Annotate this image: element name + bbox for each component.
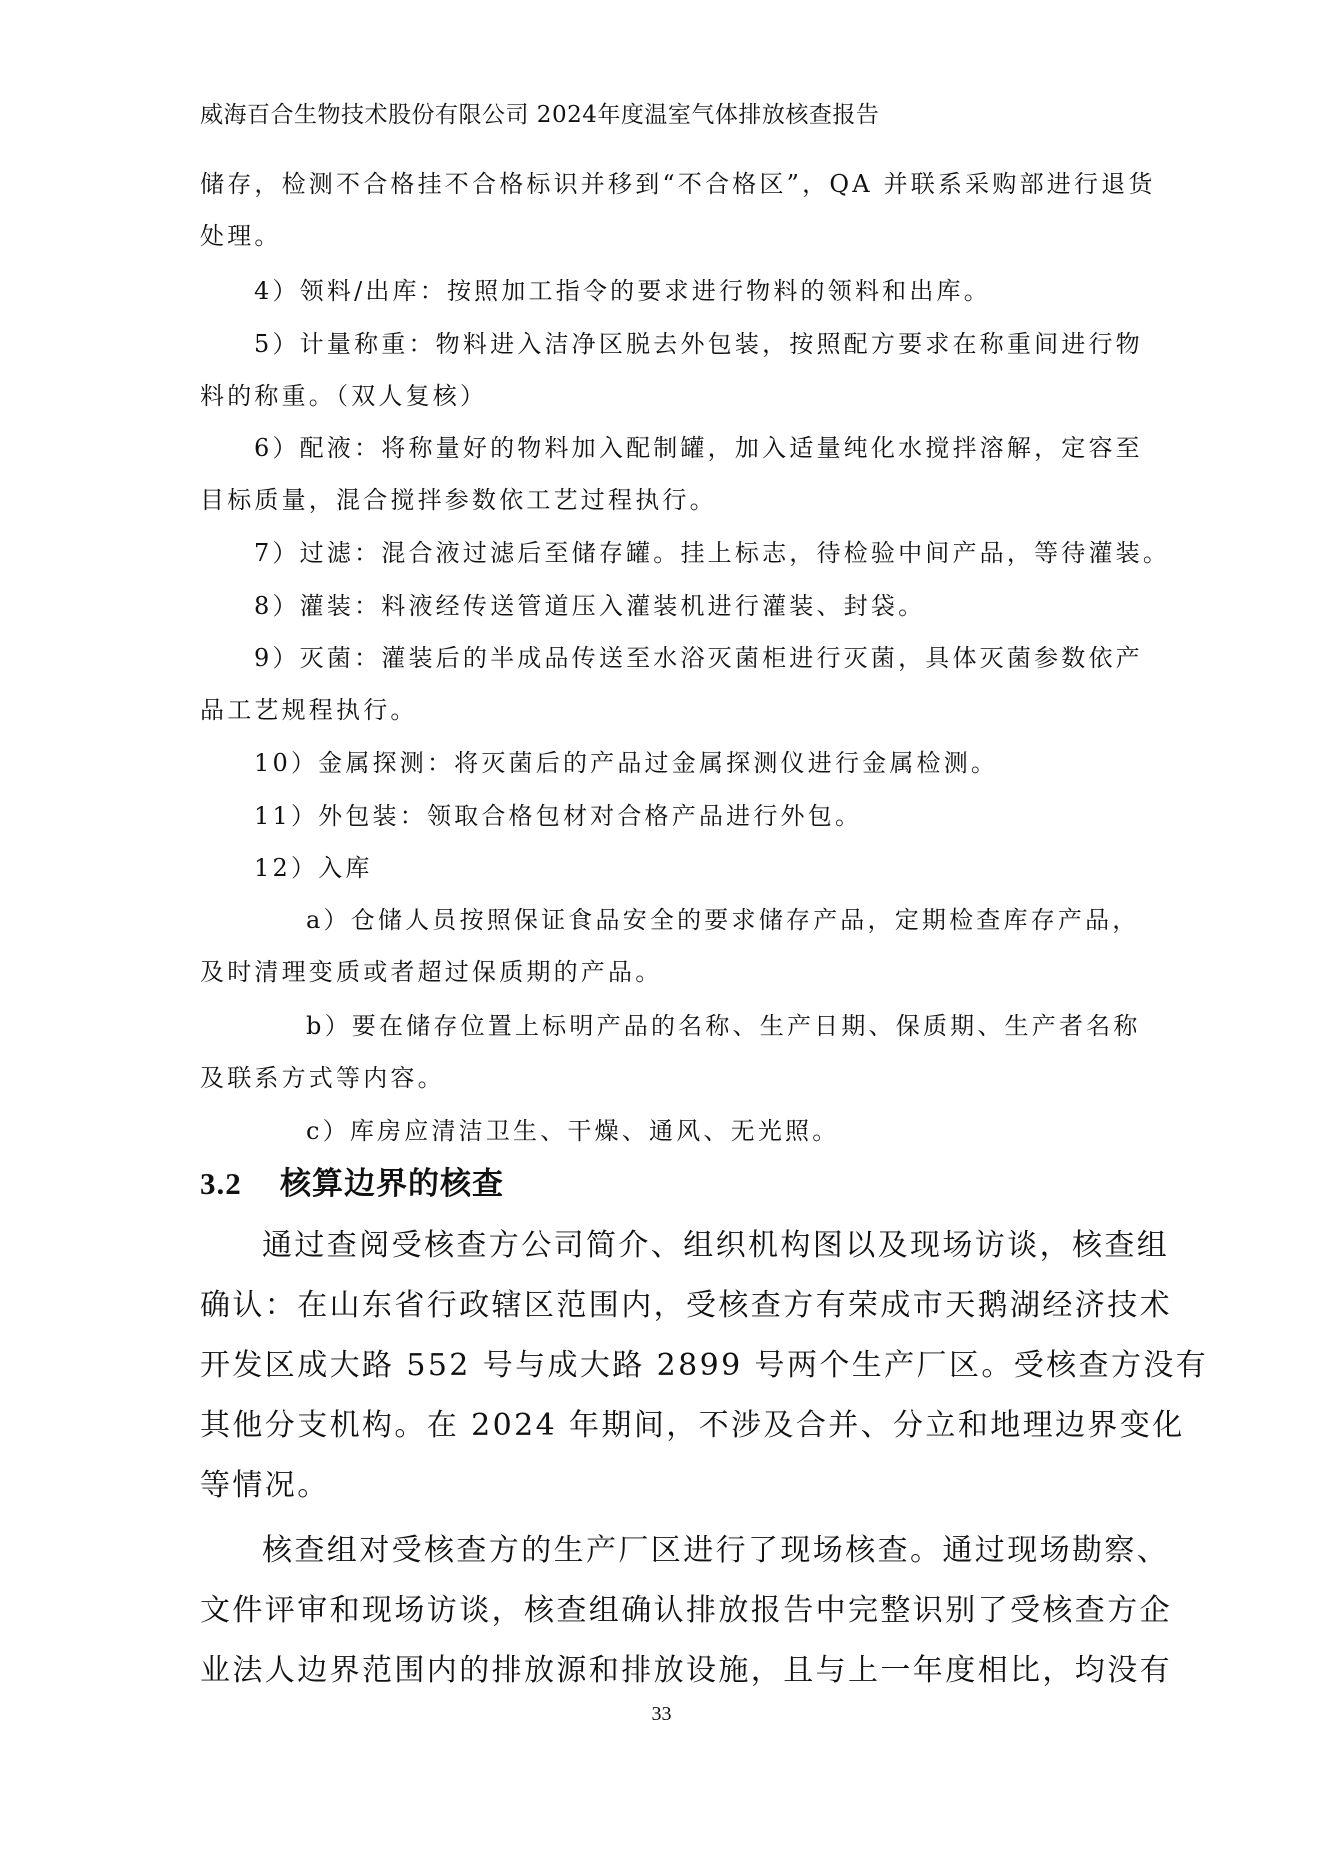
paragraph-line: 处理。 [200,216,282,251]
paragraph-line: 及时清理变质或者超过保质期的产品。 [200,952,662,987]
section-heading: 3.2核算边界的核查 [200,1158,504,1203]
body-line: 通过查阅受核查方公司简介、组织机构图以及现场访谈，核查组 [262,1220,1169,1264]
paragraph-line: 储存，检测不合格挂不合格标识并移到“不合格区”，QA 并联系采购部进行退货 [200,164,1156,199]
body-line: 核查组对受核查方的生产厂区进行了现场核查。通过现场勘察、 [262,1525,1169,1569]
list-item-6: 6）配液：将称量好的物料加入配制罐，加入适量纯化水搅拌溶解，定容至 [254,428,1143,463]
body-line: 开发区成大路 552 号与成大路 2899 号两个生产厂区。受核查方没有 [200,1340,1208,1384]
list-item-10: 10）金属探测：将灭菌后的产品过金属探测仪进行金属检测。 [254,743,998,778]
list-item-4: 4）领料/出库：按照加工指令的要求进行物料的领料和出库。 [254,271,991,306]
list-item-7: 7）过滤：混合液过滤后至储存罐。挂上标志，待检验中间产品，等待灌装。 [254,533,1170,568]
body-line: 业法人边界范围内的排放源和排放设施，且与上一年度相比，均没有 [200,1645,1172,1689]
body-line: 其他分支机构。在 2024 年期间，不涉及合并、分立和地理边界变化 [200,1400,1185,1444]
sub-item-c: c）库房应清洁卫生、干燥、通风、无光照。 [306,1111,839,1146]
list-item-12: 12）入库 [254,848,373,883]
list-item-9: 9）灭菌：灌装后的半成品传送至水浴灭菌柜进行灭菌，具体灭菌参数依产 [254,638,1143,673]
sub-item-b: b）要在储存位置上标明产品的名称、生产日期、保质期、生产者名称 [306,1006,1141,1041]
list-item-5: 5）计量称重：物料进入洁净区脱去外包装，按照配方要求在称重间进行物 [254,324,1143,359]
body-line: 等情况。 [200,1460,330,1504]
section-number: 3.2 [200,1166,280,1202]
paragraph-line: 料的称重。（双人复核） [200,376,487,411]
running-header: 威海百合生物技术股份有限公司 2024年度温室气体排放核查报告 [200,96,879,129]
body-line: 文件评审和现场访谈，核查组确认排放报告中完整识别了受核查方企 [200,1585,1172,1629]
paragraph-line: 目标质量，混合搅拌参数依工艺过程执行。 [200,480,717,515]
list-item-11: 11）外包装：领取合格包材对合格产品进行外包。 [254,796,862,831]
paragraph-line: 品工艺规程执行。 [200,690,418,725]
body-line: 确认：在山东省行政辖区范围内，受核查方有荣成市天鹅湖经济技术 [200,1280,1172,1324]
section-title: 核算边界的核查 [280,1166,504,1202]
sub-item-a: a）仓储人员按照保证食品安全的要求储存产品，定期检查库存产品， [306,900,1140,935]
page-number: 33 [0,1703,1323,1726]
list-item-8: 8）灌装：料液经传送管道压入灌装机进行灌装、封袋。 [254,586,925,621]
paragraph-line: 及联系方式等内容。 [200,1058,445,1093]
